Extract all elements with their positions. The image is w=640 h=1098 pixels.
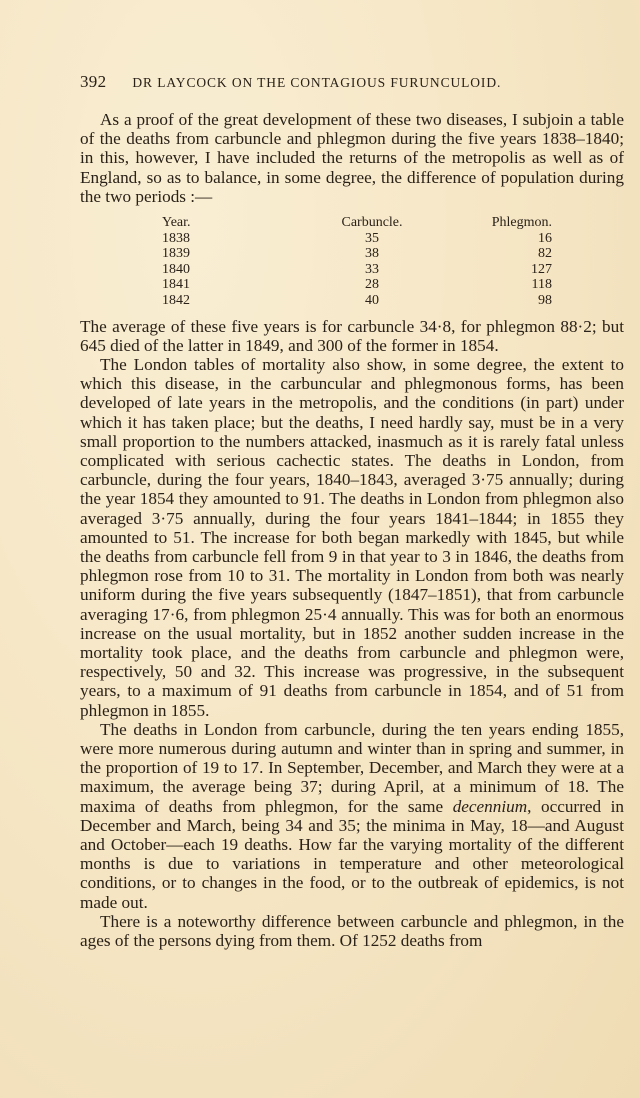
cell-phlegmon: 82 xyxy=(432,246,562,262)
cell-phlegmon: 16 xyxy=(432,231,562,247)
cell-year: 1840 xyxy=(162,262,312,278)
cell-carbuncle: 40 xyxy=(312,293,432,309)
running-title: DR LAYCOCK ON THE CONTAGIOUS FURUNCULOID… xyxy=(132,75,501,91)
table-row: 1842 40 98 xyxy=(162,293,562,309)
london-tables-paragraph: The London tables of mortality also show… xyxy=(80,355,624,720)
cell-year: 1838 xyxy=(162,231,312,247)
header-year: Year. xyxy=(162,215,312,231)
decennium-italic: decennium xyxy=(453,797,527,816)
cell-phlegmon: 127 xyxy=(432,262,562,278)
cell-phlegmon: 98 xyxy=(432,293,562,309)
cell-carbuncle: 33 xyxy=(312,262,432,278)
average-paragraph: The average of these five years is for c… xyxy=(80,317,624,355)
header-phlegmon: Phlegmon. xyxy=(432,215,562,231)
cell-carbuncle: 35 xyxy=(312,231,432,247)
header-carbuncle: Carbuncle. xyxy=(312,215,432,231)
mortality-table: Year. Carbuncle. Phlegmon. 1838 35 16 18… xyxy=(162,215,562,309)
table-header-row: Year. Carbuncle. Phlegmon. xyxy=(162,215,562,231)
table-row: 1841 28 118 xyxy=(162,277,562,293)
cell-carbuncle: 28 xyxy=(312,277,432,293)
cell-year: 1839 xyxy=(162,246,312,262)
running-head: 392 DR LAYCOCK ON THE CONTAGIOUS FURUNCU… xyxy=(80,72,624,92)
decennium-paragraph: The deaths in London from carbuncle, dur… xyxy=(80,720,624,912)
mortality-table-wrap: Year. Carbuncle. Phlegmon. 1838 35 16 18… xyxy=(80,215,624,309)
page-number: 392 xyxy=(80,72,106,92)
book-page: 392 DR LAYCOCK ON THE CONTAGIOUS FURUNCU… xyxy=(80,72,624,950)
table-row: 1839 38 82 xyxy=(162,246,562,262)
intro-paragraph: As a proof of the great development of t… xyxy=(80,110,624,206)
cell-phlegmon: 118 xyxy=(432,277,562,293)
table-row: 1838 35 16 xyxy=(162,231,562,247)
table-row: 1840 33 127 xyxy=(162,262,562,278)
cell-year: 1842 xyxy=(162,293,312,309)
cell-carbuncle: 38 xyxy=(312,246,432,262)
final-paragraph: There is a noteworthy difference between… xyxy=(80,912,624,950)
cell-year: 1841 xyxy=(162,277,312,293)
